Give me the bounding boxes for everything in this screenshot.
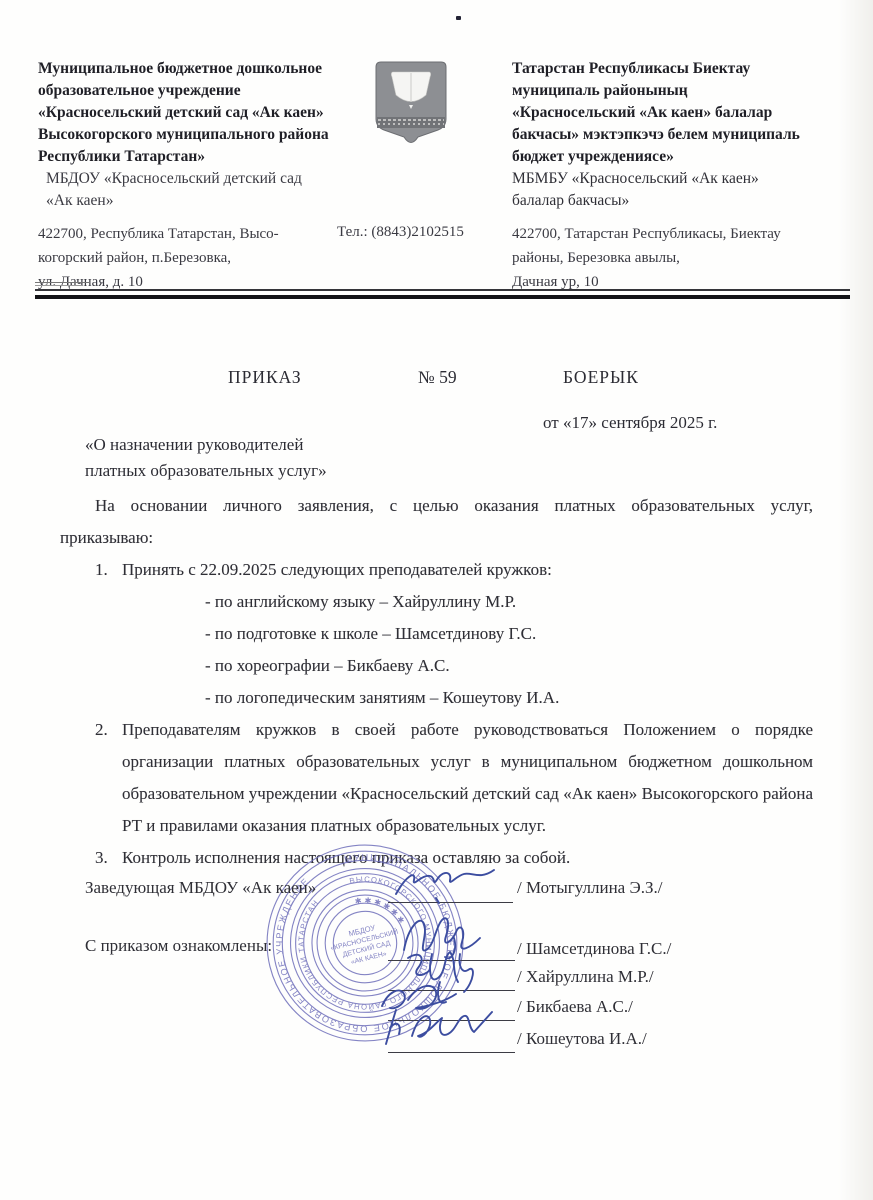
org-line: бюджет учреждениясе»	[512, 146, 860, 168]
org-line: образовательное учреждение	[38, 80, 370, 102]
signature-line	[388, 966, 515, 991]
director-title: Заведующая МБДОУ «Ак каен»	[85, 878, 316, 898]
divider-thick-rule	[35, 295, 850, 299]
subject-line: «О назначении руководителей	[85, 432, 327, 458]
item-text: Преподавателям кружков в своей работе ру…	[122, 714, 813, 842]
order-item: 2. Преподавателям кружков в своей работе…	[60, 714, 813, 842]
org-short-name: МБДОУ «Красносельский детский сад	[38, 168, 370, 190]
phone-number: Тел.: (8843)2102515	[337, 224, 464, 241]
ack-name: / Хайруллина М.Р./	[517, 967, 654, 987]
list-item: - по подготовке к школе – Шамсетдинову Г…	[205, 618, 813, 650]
acknowledged-label: С приказом ознакомлены:	[85, 936, 272, 956]
teachers-list: - по английскому языку – Хайруллину М.Р.…	[60, 586, 813, 714]
org-line: муниципаль районының	[512, 80, 860, 102]
intro-line: На основании личного заявления, с целью …	[60, 490, 813, 522]
divider-artifact	[35, 282, 90, 283]
order-item: 1. Принять с 22.09.2025 следующих препод…	[60, 554, 813, 586]
order-number: № 59	[418, 367, 457, 388]
signature-line	[388, 1028, 515, 1053]
org-name-tatar: Татарстан Республикасы Биектау муниципал…	[512, 58, 860, 212]
org-short-name: балалар бакчасы»	[512, 190, 860, 212]
org-line: Высокогорского муниципального района	[38, 124, 370, 146]
order-title-tat: БОЕРЫК	[563, 367, 639, 388]
order-body: На основании личного заявления, с целью …	[60, 490, 813, 874]
address-line: когорский район, п.Березовка,	[38, 246, 338, 270]
org-line: «Красносельский «Ак каен» балалар	[512, 102, 860, 124]
order-date: от «17» сентября 2025 г.	[543, 413, 717, 433]
item-number: 2.	[95, 714, 122, 842]
scanned-order-document: Муниципальное бюджетное дошкольное образ…	[0, 0, 873, 1200]
divider-artifact	[35, 285, 83, 286]
org-short-name: МБМБУ «Красносельский «Ак каен»	[512, 168, 860, 190]
order-subject: «О назначении руководителей платных обра…	[85, 432, 327, 484]
item-number: 3.	[95, 842, 122, 874]
signature-line	[388, 878, 513, 903]
signature-line	[388, 936, 515, 961]
address-line: 422700, Республика Татарстан, Высо-	[38, 222, 338, 246]
org-line: Республики Татарстан»	[38, 146, 370, 168]
order-title-row: ПРИКАЗ № 59 БОЕРЫК	[0, 367, 873, 391]
org-line: «Красносельский детский сад «Ак каен»	[38, 102, 370, 124]
list-item: - по английскому языку – Хайруллину М.Р.	[205, 586, 813, 618]
item-number: 1.	[95, 554, 122, 586]
org-short-name: «Ак каен»	[38, 190, 370, 212]
address-line: 422700, Татарстан Республикасы, Биектау	[512, 222, 852, 246]
list-item: - по хореографии – Бикбаеву А.С.	[205, 650, 813, 682]
address-tatar: 422700, Татарстан Республикасы, Биектау …	[512, 222, 852, 294]
order-title-ru: ПРИКАЗ	[228, 367, 302, 388]
ack-name: / Бикбаева А.С./	[517, 997, 633, 1017]
list-item: - по логопедическим занятиям – Кошеутову…	[205, 682, 813, 714]
director-name: / Мотыгуллина Э.З./	[517, 878, 662, 898]
intro-line: приказываю:	[60, 522, 813, 554]
address-line: районы, Березовка авылы,	[512, 246, 852, 270]
divider-thin-rule	[35, 289, 850, 291]
org-line: Татарстан Республикасы Биектау	[512, 58, 860, 80]
coat-of-arms-icon	[368, 58, 454, 150]
org-line: Муниципальное бюджетное дошкольное	[38, 58, 370, 80]
ack-name: / Шамсетдинова Г.С./	[517, 939, 671, 959]
item-text: Контроль исполнения настоящего приказа о…	[122, 842, 813, 874]
subject-line: платных образовательных услуг»	[85, 458, 327, 484]
address-russian: 422700, Республика Татарстан, Высо- кого…	[38, 222, 338, 294]
ack-name: / Кошеутова И.А./	[517, 1029, 647, 1049]
item-text: Принять с 22.09.2025 следующих преподава…	[122, 554, 813, 586]
org-name-russian: Муниципальное бюджетное дошкольное образ…	[38, 58, 370, 212]
scan-speck	[456, 16, 461, 20]
org-line: бакчасы» мэктэпкэчэ белем муниципаль	[512, 124, 860, 146]
signature-line	[388, 996, 515, 1021]
